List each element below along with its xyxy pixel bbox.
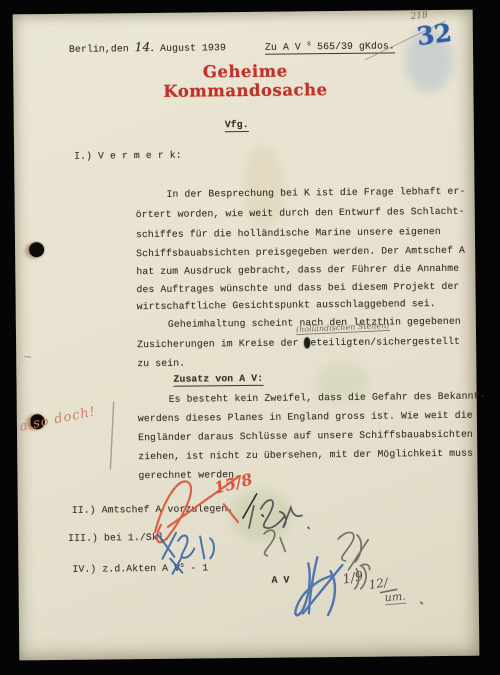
body-line: Schiffsbauabsichten preisgegeben werden.…: [136, 245, 465, 260]
pencil-margin-line: [110, 401, 115, 469]
item-3: III.) bei 1./Skl.: [68, 532, 170, 545]
reference-suffix: 565/39 gKdos.: [311, 40, 395, 52]
item-4-prefix: IV.) z.d.Akten A V: [72, 563, 180, 575]
body-line: schiffes für die holländische Marine uns…: [136, 226, 441, 241]
punch-hole-top: [29, 242, 44, 257]
item-2: II.) Amtschef A vorzulegen.: [72, 503, 234, 517]
body-line: Engländer daraus Schlüsse auf unsere Sch…: [138, 429, 473, 445]
signature-blue: [295, 557, 343, 615]
paper-page: 218 32 Berlin,den 14. August 1939 Zu A V…: [13, 10, 480, 661]
body-line: des Auftrages wünschte und dass bei dies…: [136, 281, 459, 296]
routing-mark: 1/9: [341, 569, 364, 588]
body-line: örtert worden, wie weit durch den Entwur…: [136, 206, 465, 221]
pencil-dash: [24, 356, 31, 357]
body-line: Es besteht kein Zweifel, dass die Gefahr…: [169, 390, 486, 405]
scanned-document: 218 32 Berlin,den 14. August 1939 Zu A V…: [0, 0, 500, 675]
dateline: Berlin,den 14. August 1939: [69, 40, 226, 56]
dateline-month-year: August 1939: [154, 42, 226, 54]
body-line: In der Besprechung bei K ist die Frage l…: [166, 186, 465, 201]
item-4: IV.) z.d.Akten A Vs - 1: [72, 559, 208, 575]
item-1-label: I.) V e r m e r k:: [74, 150, 182, 163]
zusatz-heading: Zusatz von A V:: [173, 373, 263, 386]
dateline-city: Berlin,den: [69, 43, 135, 55]
routing-mark: um.: [384, 590, 406, 606]
routing-mark: 12/: [368, 575, 389, 592]
body-line: ziehen, ist nicht zu übersehen, mit der …: [138, 448, 473, 464]
body-line: wirtschaftliche Gesichtspunkt ausschlagg…: [137, 298, 436, 313]
reference-prefix: Zu A V: [265, 41, 307, 52]
body-line: eteiligten/sichergestellt: [310, 336, 460, 349]
signature-block-label: A V: [272, 575, 290, 587]
page-number-blue: 32: [415, 18, 453, 51]
handwritten-day: 14.: [135, 40, 155, 54]
file-reference: Zu A V s 565/39 gKdos.: [265, 37, 395, 53]
body-line: werdens dieses Planes in England gross i…: [138, 410, 473, 426]
margin-note: also doch!: [18, 404, 97, 434]
vfg-heading-text: Vfg.: [225, 119, 249, 132]
geheime-kommandosache-stamp: Geheime Kommandosache: [149, 61, 341, 101]
vfg-heading: Vfg.: [225, 119, 249, 131]
bleedthrough-mark: [230, 490, 293, 543]
body-line: zu sein.: [137, 358, 185, 371]
item-4-suffix: - 1: [184, 562, 208, 573]
body-line-with-blot: Zusicherungen im Kreise der Beteiligten/…: [137, 336, 460, 351]
body-line: Zusicherungen im Kreise der: [137, 337, 305, 350]
zusatz-heading-text: Zusatz von A V:: [173, 373, 263, 387]
body-line: hat zum Ausdruck gebracht, dass der Führ…: [136, 263, 459, 278]
